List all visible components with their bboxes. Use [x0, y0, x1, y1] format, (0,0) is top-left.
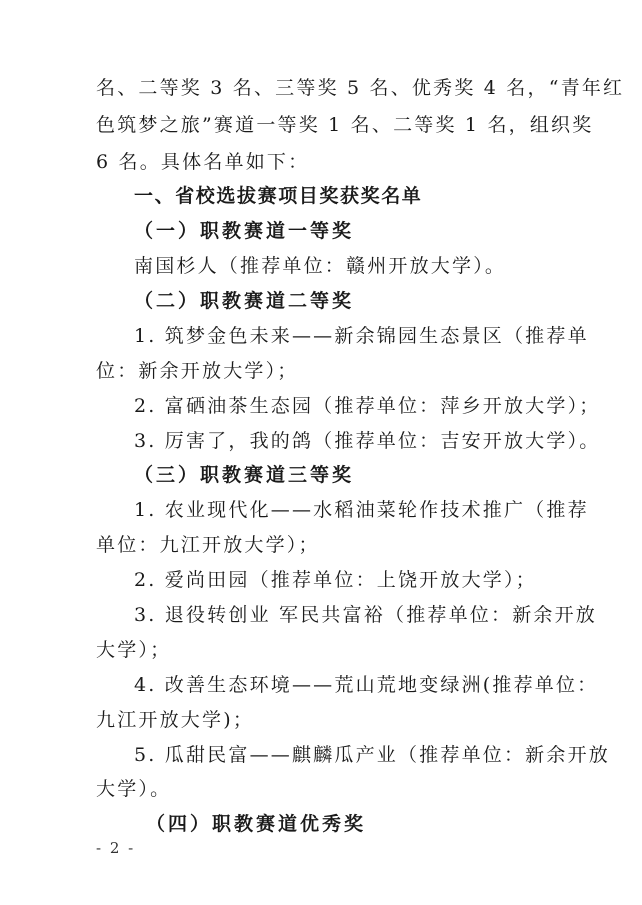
award-entry: 2. 富硒油茶生态园（推荐单位：萍乡开放大学）；: [134, 394, 600, 418]
award-entry-continued: 单位：九江开放大学）；: [96, 533, 320, 557]
award-entry: 1. 农业现代化——水稻油菜轮作技术推广（推荐: [134, 498, 589, 522]
award-entry: 3. 退役转创业 军民共富裕（推荐单位：新余开放: [134, 603, 597, 627]
award-entry-continued: 大学）；: [96, 638, 171, 662]
award-entry: 2. 爱尚田园（推荐单位：上饶开放大学）；: [134, 568, 537, 592]
subsection-heading-1: （一）职教赛道一等奖: [134, 219, 354, 243]
intro-line-2: 色筑梦之旅”赛道一等奖 1 名、二等奖 1 名，组织奖: [96, 113, 593, 137]
subsection-heading-3: （三）职教赛道三等奖: [134, 463, 354, 487]
intro-line-1: 名、二等奖 3 名、三等奖 5 名、优秀奖 4 名，“青年红: [96, 76, 624, 100]
award-entry: 4. 改善生态环境——荒山荒地变绿洲(推荐单位：: [134, 673, 598, 697]
page-number: - 2 -: [96, 838, 135, 858]
award-entry-continued: 位：新余开放大学）；: [96, 359, 299, 383]
award-entry: 3. 厉害了，我的鸽（推荐单位：吉安开放大学）。: [134, 429, 600, 453]
subsection-heading-2: （二）职教赛道二等奖: [134, 289, 354, 313]
subsection-heading-4: （四）职教赛道优秀奖: [146, 812, 366, 836]
award-entry: 1. 筑梦金色未来——新余锦园生态景区（推荐单: [134, 324, 589, 348]
award-entry: 南国杉人（推荐单位：赣州开放大学）。: [134, 254, 506, 278]
document-page: 名、二等奖 3 名、三等奖 5 名、优秀奖 4 名，“青年红 色筑梦之旅”赛道一…: [0, 0, 642, 905]
award-entry: 5. 瓜甜民富——麒麟瓜产业（推荐单位：新余开放: [134, 743, 610, 767]
award-entry-continued: 九江开放大学)；: [96, 708, 254, 732]
intro-line-3: 6 名。具体名单如下：: [96, 150, 309, 174]
section-heading: 一、省校选拔赛项目奖获奖名单: [134, 184, 422, 208]
award-entry-continued: 大学）。: [96, 777, 171, 801]
